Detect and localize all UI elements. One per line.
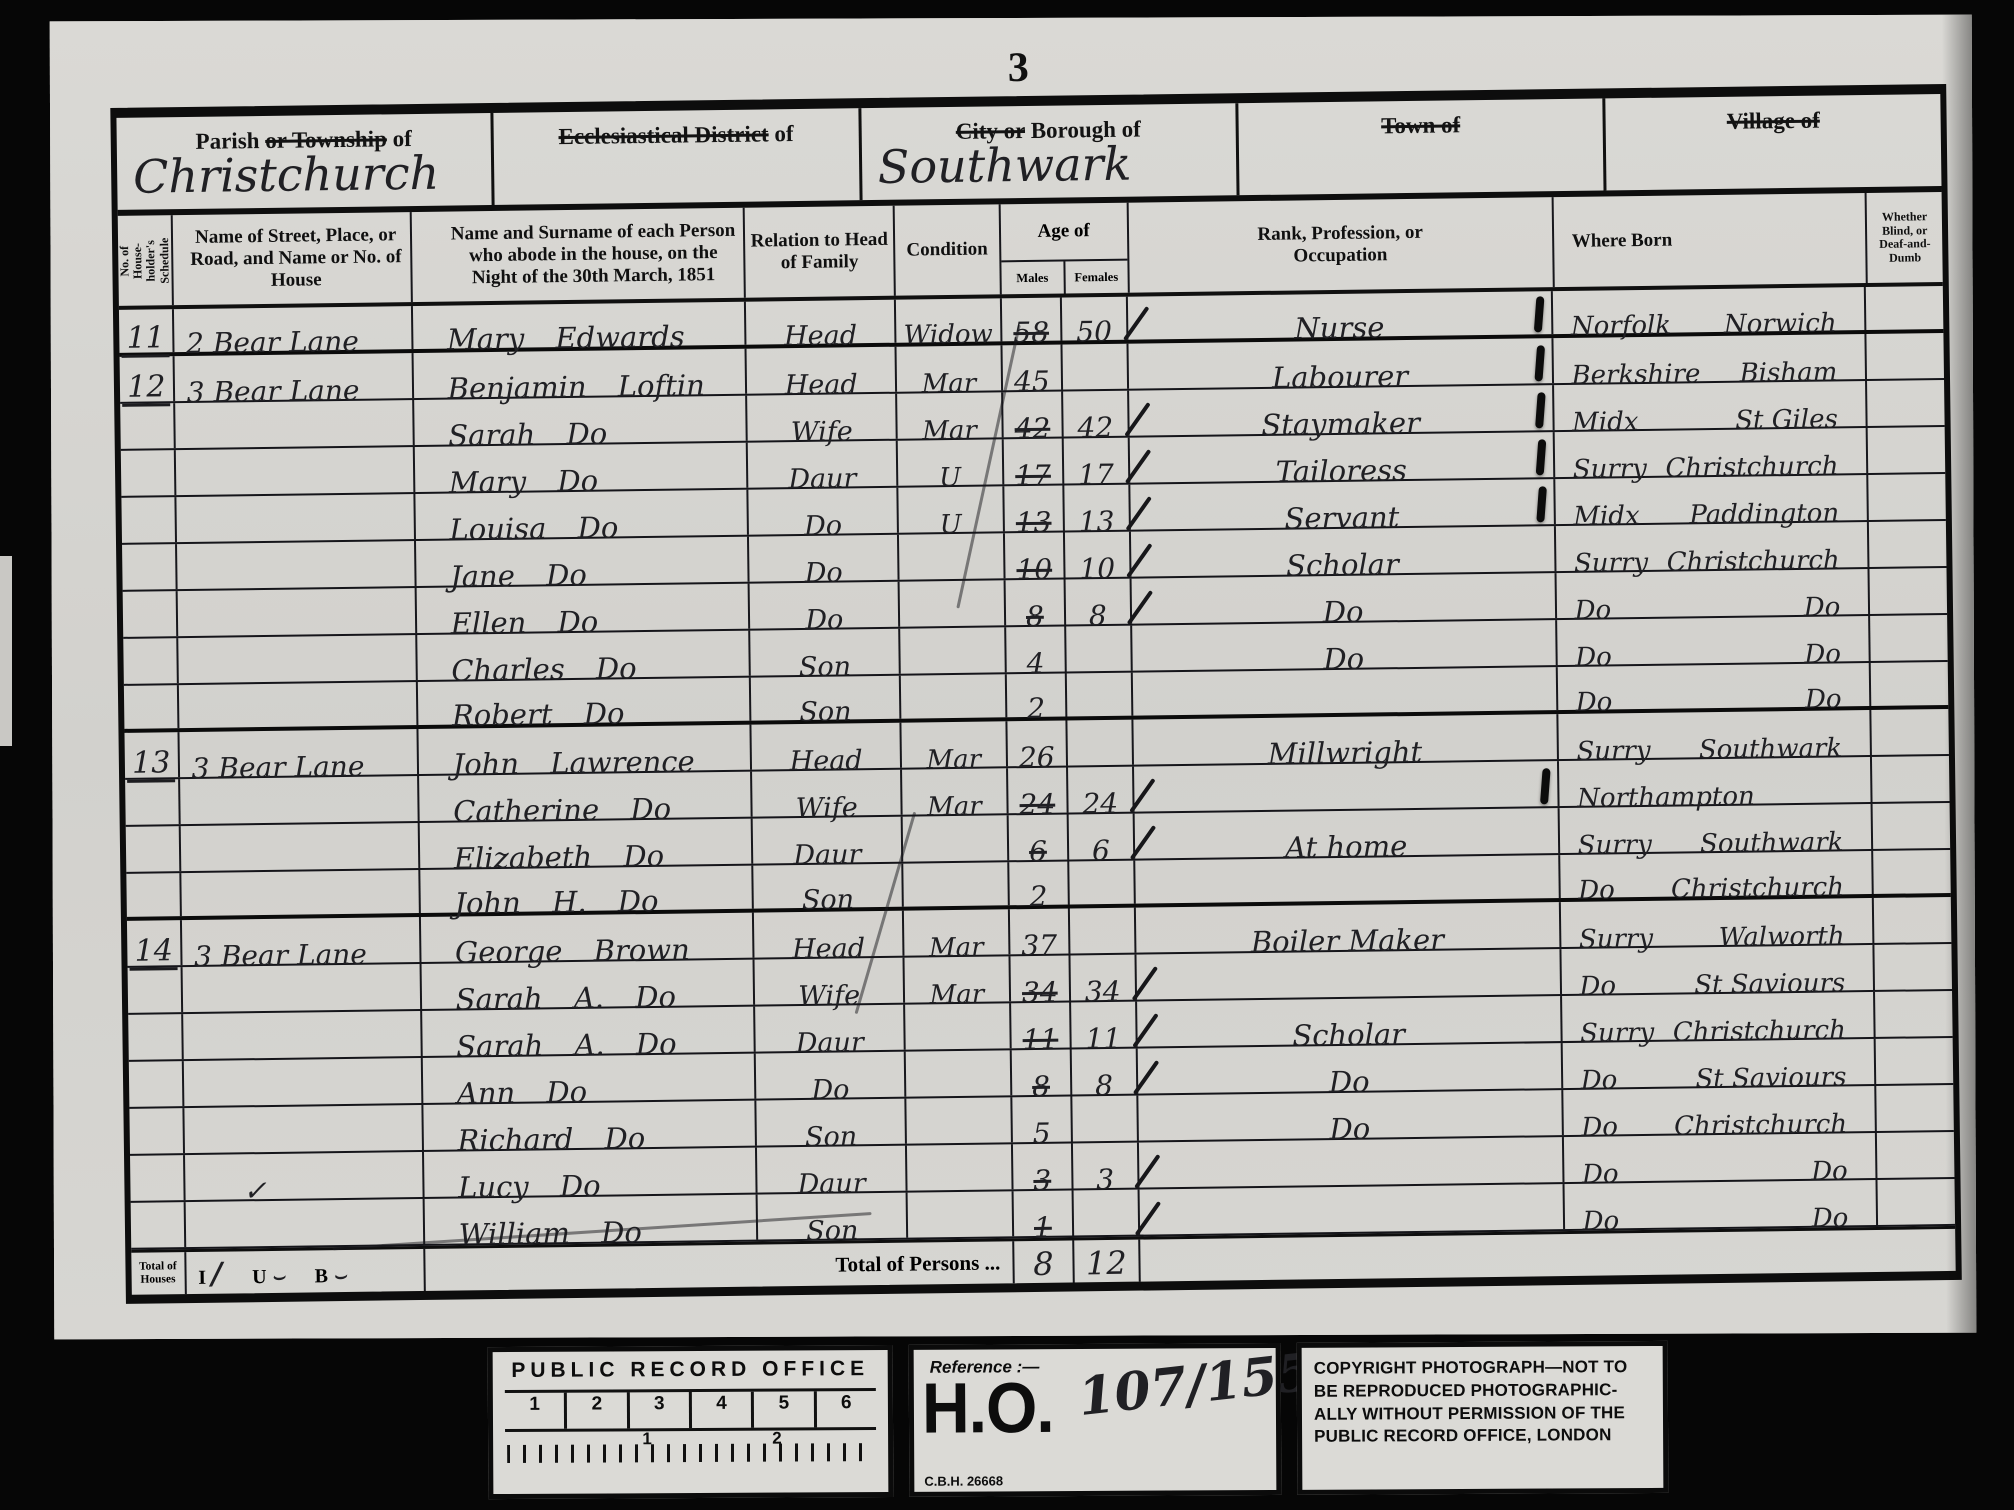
age-female-cell [1062, 344, 1128, 390]
total-houses-label: Total of Houses [131, 1252, 186, 1294]
born-place: St Saviours [1695, 1065, 1846, 1092]
born-place: Do [1804, 642, 1841, 667]
town-label: Town of [1381, 112, 1461, 193]
street-cell: 3 Bear Lane [182, 917, 422, 965]
street-cell [179, 682, 418, 728]
age-male-cell: 42 [1003, 392, 1064, 438]
age-male-value: 2 [1027, 696, 1045, 723]
age-female-cell: 8 [1072, 1049, 1138, 1095]
relation-value: Daur [793, 842, 861, 869]
relation-value: Wife [798, 983, 860, 1009]
stamp-code: C.B.H. 26668 [924, 1473, 1003, 1488]
born-county: Surry [1574, 551, 1648, 577]
age-male-cell: 8 [1012, 1050, 1073, 1096]
street-cell: ✓ [185, 1152, 425, 1200]
born-place: St Saviours [1694, 971, 1845, 998]
street-name: 2 Bear Lane [186, 329, 359, 358]
relation-value: Wife [791, 419, 853, 445]
total-row-empty [1140, 1229, 1956, 1281]
ruler-inch-mark: 3 [630, 1392, 693, 1428]
ruler-lower-label-2: 2 [772, 1429, 782, 1449]
ink-tally-mark [1540, 768, 1551, 804]
occupation-value: Scholar [1286, 551, 1399, 580]
relation-value: Do [804, 513, 842, 539]
condition-cell: Mar [902, 769, 1008, 815]
header-cell-village: Village of [1606, 94, 1942, 190]
person-name: Mary Edwards [447, 323, 685, 354]
person-name: Jane Do [450, 562, 587, 591]
born-place: Do [1812, 1206, 1849, 1231]
age-female-value: 8 [1089, 603, 1107, 630]
occupation-value: Millwright [1268, 739, 1423, 769]
condition-value: Mar [929, 935, 984, 960]
scanned-census-page: 3 Parish or Township of Christchurch Ecc… [0, 0, 2014, 1510]
born-cell: NorfolkNorwich [1552, 287, 1866, 334]
ink-tally-mark [1534, 345, 1545, 381]
ruler-inch-mark: 6 [816, 1391, 876, 1427]
schedule-number-cell [131, 1202, 186, 1248]
age-female-cell [1070, 908, 1136, 954]
age-male-value: 5 [1033, 1121, 1051, 1148]
condition-cell: Mar [901, 722, 1007, 768]
born-county: Do [1574, 598, 1611, 623]
age-male-value: 4 [1026, 651, 1044, 678]
age-male-cell: 6 [1008, 815, 1069, 861]
occupation-value: At home [1285, 833, 1407, 862]
age-male-cell: 8 [1005, 580, 1066, 626]
occupation-value: Labourer [1272, 363, 1408, 392]
age-male-cell: 2 [1009, 862, 1070, 906]
page-number: 3 [1008, 44, 1029, 92]
relation-cell: Do [756, 1052, 906, 1099]
age-female-value: 8 [1095, 1073, 1113, 1100]
relation-cell: Son [751, 676, 901, 721]
occupation-cell [1139, 1184, 1565, 1235]
age-female-cell: 11 [1071, 1002, 1137, 1048]
born-place: Do [1804, 595, 1841, 620]
condition-value: Mar [926, 747, 981, 772]
born-cell: BerkshireBisham [1553, 334, 1867, 383]
occupation-value: Tailoress [1276, 457, 1408, 486]
name-cell: Benjamin Loftin [413, 349, 747, 398]
born-place: Southwark [1699, 736, 1843, 763]
age-male-value: 26 [1019, 744, 1055, 771]
street-cell [177, 588, 417, 636]
age-male-cell: 34 [1010, 956, 1071, 1002]
age-male-cell: 13 [1004, 486, 1065, 532]
condition-cell: Widow [896, 299, 1002, 343]
ruler-inch-mark: 4 [692, 1392, 755, 1428]
age-male-value: 6 [1029, 839, 1047, 866]
ruler-fine-scale: 1 2 [505, 1430, 876, 1466]
col-header-schedule-text: No. of House-holder's Schedule [118, 237, 171, 284]
condition-cell [900, 628, 1006, 674]
age-male-cell: 4 [1006, 627, 1067, 673]
condition-cell: U [898, 487, 1004, 533]
copyright-line: COPYRIGHT PHOTOGRAPH—NOT TO [1314, 1356, 1651, 1381]
condition-value: Mar [927, 794, 982, 819]
relation-cell: Head [746, 300, 896, 345]
relation-value: Son [799, 654, 851, 680]
ruler-inch-mark: 2 [567, 1392, 630, 1428]
occupation-value: Do [1323, 645, 1364, 673]
age-male-cell: 24 [1008, 768, 1069, 814]
street-cell [176, 494, 416, 542]
condition-cell [903, 816, 1009, 862]
relation-value: Daur [797, 1171, 865, 1198]
condition-cell [906, 1051, 1012, 1097]
uninhabited-letter: U [252, 1266, 267, 1288]
born-county: Surry [1579, 927, 1653, 953]
blind-cell [1867, 380, 1944, 426]
copyright-line: BE REPRODUCED PHOTOGRAPHIC- [1314, 1379, 1651, 1404]
blind-cell [1868, 427, 1945, 473]
ruler-lower-label-1: 1 [642, 1429, 652, 1449]
blind-cell [1872, 709, 1949, 755]
town-label-struck: Town of [1381, 112, 1460, 138]
relation-value: Son [802, 887, 854, 913]
occupation-value: Scholar [1292, 1021, 1405, 1050]
age-male-cell: 3 [1013, 1144, 1074, 1190]
age-male-value: 3 [1033, 1168, 1051, 1195]
name-cell: George Brown [421, 913, 755, 962]
schedule-number-cell [121, 451, 176, 497]
street-name: 3 Bear Lane [194, 941, 367, 970]
blind-cell [1872, 756, 1949, 802]
building-mark: ⌣ [333, 1263, 346, 1287]
relation-cell: Daur [748, 441, 898, 488]
condition-cell: Mar [897, 346, 1003, 392]
condition-cell [899, 534, 1005, 580]
age-female-cell [1066, 626, 1132, 672]
born-place: Walworth [1719, 924, 1845, 950]
age-female-value: 50 [1076, 319, 1112, 346]
condition-cell: Mar [905, 957, 1011, 1003]
born-county: Midx [1573, 504, 1640, 530]
blind-cell [1870, 615, 1947, 661]
born-county: Do [1575, 645, 1612, 670]
district-label-of: of [774, 121, 793, 146]
occupation-value: Nurse [1294, 314, 1384, 343]
relation-cell: Daur [757, 1146, 907, 1193]
age-male-value: 37 [1021, 932, 1057, 959]
age-female-cell [1072, 1096, 1138, 1142]
born-county: Surry [1580, 1021, 1654, 1047]
schedule-number-cell [130, 1155, 185, 1201]
occupation-value: Do [1329, 1068, 1370, 1096]
schedule-number-cell [123, 639, 178, 685]
inhabited-label: I / [198, 1263, 222, 1290]
building-label: B ⌣ [315, 1265, 347, 1288]
blind-cell [1870, 568, 1947, 614]
col-header-blind: Whether Blind, or Deaf-and-Dumb [1867, 192, 1943, 283]
schedule-number: 14 [129, 937, 178, 971]
relation-cell: Do [749, 535, 899, 582]
age-female-value: 34 [1085, 979, 1121, 1006]
blind-cell [1874, 850, 1951, 894]
occupation-value: Do [1323, 598, 1364, 626]
name-cell: John Lawrence [418, 725, 752, 774]
age-female-cell: 13 [1064, 485, 1130, 531]
relation-value: Do [805, 607, 843, 633]
born-county: Surry [1576, 739, 1650, 765]
condition-value: Widow [904, 322, 993, 348]
relation-value: Head [784, 323, 857, 350]
blind-cell [1876, 1038, 1953, 1084]
born-county: Do [1581, 1068, 1618, 1093]
person-name: Sarah Do [448, 420, 607, 450]
relation-value: Head [785, 372, 858, 399]
stamp-reference-section: Reference :— H.O. 107/1557 C.B.H. 26668 [909, 1343, 1282, 1497]
stamp-copyright-section: COPYRIGHT PHOTOGRAPH—NOT TO BE REPRODUCE… [1297, 1341, 1669, 1495]
header-cell-borough: City or Borough of Southwark [861, 103, 1239, 200]
relation-cell: Wife [755, 958, 905, 1005]
age-female-cell [1074, 1190, 1140, 1236]
condition-cell: Mar [904, 910, 1010, 956]
relation-cell: Wife [752, 770, 902, 817]
born-county: Do [1582, 1162, 1619, 1187]
age-female-cell: 10 [1065, 532, 1131, 578]
occupation-cell: Boiler Maker [1135, 902, 1561, 953]
copyright-line: ALLY WITHOUT PERMISSION OF THE [1314, 1402, 1651, 1427]
occupation-value: Do [1329, 1115, 1370, 1143]
schedule-number-cell [128, 1015, 183, 1061]
relation-cell: Head [752, 723, 902, 770]
age-male-cell: 11 [1011, 1003, 1072, 1049]
building-letter: B [315, 1265, 329, 1287]
relation-cell: Son [751, 629, 901, 676]
born-county: Surry [1578, 833, 1652, 859]
schedule-number-cell [123, 592, 178, 638]
born-county: Midx [1572, 410, 1639, 436]
parish-value: Christchurch [133, 146, 440, 204]
age-male-cell: 1 [1013, 1191, 1074, 1237]
col-header-occupation: Rank, Profession, or Occupation [1128, 197, 1554, 293]
header-cell-town: Town of [1238, 98, 1607, 195]
age-male-value: 8 [1032, 1074, 1050, 1101]
relation-cell: Daur [753, 817, 903, 864]
schedule-number-cell [129, 1062, 184, 1108]
relation-value: Do [811, 1077, 849, 1103]
born-place: Norwich [1724, 311, 1837, 337]
ink-tally-mark [1535, 392, 1546, 428]
person-name: John Lawrence [452, 748, 694, 779]
total-females-cell: 12 [1074, 1240, 1140, 1282]
age-female-value: 6 [1092, 838, 1110, 865]
total-females-value: 12 [1086, 1244, 1127, 1283]
age-female-cell: 42 [1063, 391, 1129, 437]
relation-value: Wife [796, 795, 858, 821]
street-cell [184, 1105, 424, 1153]
occupation-value: Servant [1284, 504, 1399, 533]
born-county: Do [1576, 690, 1613, 715]
stamp-title: PUBLIC RECORD OFFICE [505, 1357, 876, 1383]
condition-cell: Mar [897, 393, 1003, 439]
born-county: Norfolk [1571, 313, 1672, 339]
age-female-value: 17 [1078, 462, 1114, 489]
occupation-cell: Nurse [1127, 292, 1553, 341]
col-header-occupation-text: Rank, Profession, or Occupation [1250, 222, 1431, 269]
blind-cell [1878, 1179, 1955, 1225]
age-male-value: 17 [1015, 463, 1051, 490]
relation-value: Daur [788, 466, 856, 493]
age-female-cell [1069, 861, 1135, 905]
blind-cell [1871, 662, 1948, 706]
condition-cell [906, 1098, 1012, 1144]
born-cell: SurrySouthwark [1558, 710, 1872, 759]
district-label-struck: Ecclesiastical District [558, 121, 768, 149]
ruler-inch-mark: 1 [505, 1393, 568, 1429]
born-place: Bisham [1739, 360, 1837, 386]
blind-cell [1873, 803, 1950, 849]
header-cell-parish: Parish or Township of Christchurch [116, 113, 494, 210]
born-county: Do [1579, 974, 1616, 999]
age-male-value: 34 [1022, 979, 1058, 1006]
schedule-number: 13 [127, 749, 176, 783]
occupation-cell: Labourer [1128, 339, 1554, 390]
col-header-relation: Relation to Head of Family [745, 206, 896, 298]
relation-cell: Do [749, 488, 899, 535]
schedule-number: 11 [121, 324, 170, 358]
born-county: Do [1581, 1115, 1618, 1140]
person-name: Elizabeth Do [454, 843, 665, 873]
schedule-number-cell [124, 686, 179, 730]
village-label-struck: Village of [1727, 108, 1820, 134]
ink-tally-mark [1533, 296, 1544, 332]
street-cell: 3 Bear Lane [179, 729, 419, 777]
person-name: John H. Do [454, 888, 658, 918]
born-county: Do [1578, 878, 1615, 903]
street-cell [185, 1199, 425, 1247]
age-male-value: 8 [1026, 604, 1044, 631]
age-male-cell: 26 [1007, 721, 1068, 767]
person-name: Louisa Do [449, 514, 618, 544]
schedule-number-cell [121, 498, 176, 544]
schedule-number-cell [128, 968, 183, 1014]
born-cell: SurryWalworth [1560, 898, 1874, 947]
street-cell [183, 1011, 423, 1059]
blind-cell [1866, 286, 1943, 330]
born-county: Do [1582, 1209, 1619, 1234]
condition-value: Mar [921, 371, 976, 396]
condition-value: Mar [929, 982, 984, 1007]
born-county: Northampton [1577, 784, 1755, 811]
schedule-number-cell [125, 780, 180, 826]
condition-cell [908, 1192, 1014, 1238]
census-sheet: 3 Parish or Township of Christchurch Ecc… [50, 15, 1977, 1340]
borough-value: Southwark [877, 137, 1131, 194]
condition-cell [901, 675, 1007, 719]
born-place: Do [1811, 1159, 1848, 1184]
ruler-inch-mark: 5 [754, 1391, 817, 1427]
occupation-value: Staymaker [1261, 410, 1420, 440]
occupation-cell: At home [1134, 808, 1560, 859]
born-place: Christchurch [1667, 548, 1840, 575]
age-male-value: 45 [1014, 369, 1050, 396]
person-name: Mary Do [449, 467, 599, 496]
age-female-value: 13 [1079, 509, 1115, 536]
col-header-age-sub: Males Females [1001, 261, 1127, 295]
age-male-cell: 17 [1004, 439, 1065, 485]
age-female-cell: 8 [1066, 579, 1132, 625]
schedule-number-cell: 12 [120, 357, 175, 403]
occupation-cell: Scholar [1137, 996, 1563, 1047]
person-name: Robert Do [452, 700, 625, 730]
age-male-cell: 5 [1012, 1097, 1073, 1143]
age-male-value: 13 [1016, 510, 1052, 537]
age-female-cell: 3 [1073, 1143, 1139, 1189]
street-cell: 2 Bear Lane [174, 306, 413, 352]
street-cell [176, 447, 416, 495]
person-name: Charles Do [451, 655, 637, 685]
age-male-value: 2 [1029, 884, 1047, 911]
schedule-number-cell: 11 [119, 310, 174, 354]
age-female-value: 42 [1077, 415, 1113, 442]
relation-value: Do [805, 560, 843, 586]
age-female-value: 10 [1079, 556, 1115, 583]
condition-value: Mar [922, 418, 977, 443]
copyright-line: PUBLIC RECORD OFFICE, LONDON [1314, 1424, 1651, 1449]
age-male-value: 10 [1016, 556, 1052, 583]
age-female-cell: 24 [1068, 767, 1134, 813]
born-place: Do [1805, 687, 1842, 712]
col-header-born: Where Born [1553, 193, 1868, 287]
age-male-value: 11 [1022, 1026, 1058, 1053]
person-name: Ann Do [457, 1079, 588, 1108]
relation-value: Head [790, 748, 863, 775]
condition-value: U [939, 466, 961, 491]
name-cell: Mary Edwards [413, 302, 747, 349]
born-place: Paddington [1689, 501, 1839, 528]
age-female-cell [1067, 673, 1133, 717]
blind-cell [1877, 1132, 1954, 1178]
col-header-age: Age of [1000, 203, 1127, 263]
occupation-cell: Millwright [1133, 714, 1559, 765]
relation-cell: Wife [748, 394, 898, 441]
age-female-cell [1067, 720, 1133, 766]
age-male-cell: 10 [1005, 533, 1066, 579]
relation-cell: Do [750, 582, 900, 629]
age-male-value: 1 [1034, 1215, 1052, 1242]
street-cell [178, 635, 418, 683]
person-name: Ellen Do [451, 608, 599, 637]
age-female-cell: 34 [1070, 955, 1136, 1001]
blind-cell [1867, 333, 1944, 379]
condition-cell [903, 863, 1009, 907]
col-header-schedule: No. of House-holder's Schedule [118, 215, 174, 306]
uninhabited-mark: ⌣ [271, 1264, 284, 1288]
born-place: Christchurch [1673, 1018, 1846, 1045]
born-county: Surry [1573, 457, 1647, 483]
blind-cell [1875, 944, 1952, 990]
blind-cell [1874, 897, 1951, 943]
person-name: George Brown [455, 936, 690, 967]
schedule-number-cell [122, 545, 177, 591]
schedule-number-cell [120, 404, 175, 450]
relation-cell: Head [747, 347, 897, 394]
born-place: Christchurch [1665, 454, 1838, 481]
schedule-number-cell: 14 [127, 921, 182, 967]
street-cell [184, 1058, 424, 1106]
relation-value: Son [806, 1218, 858, 1244]
inhabited-letter: I [198, 1267, 206, 1289]
age-female-cell: 6 [1069, 814, 1135, 860]
person-name: Benjamin Loftin [447, 372, 705, 403]
col-header-males: Males [1001, 262, 1065, 295]
ink-tally-mark [1535, 439, 1546, 475]
relation-value: Son [805, 1124, 857, 1150]
schedule-number-cell: 13 [124, 733, 179, 779]
